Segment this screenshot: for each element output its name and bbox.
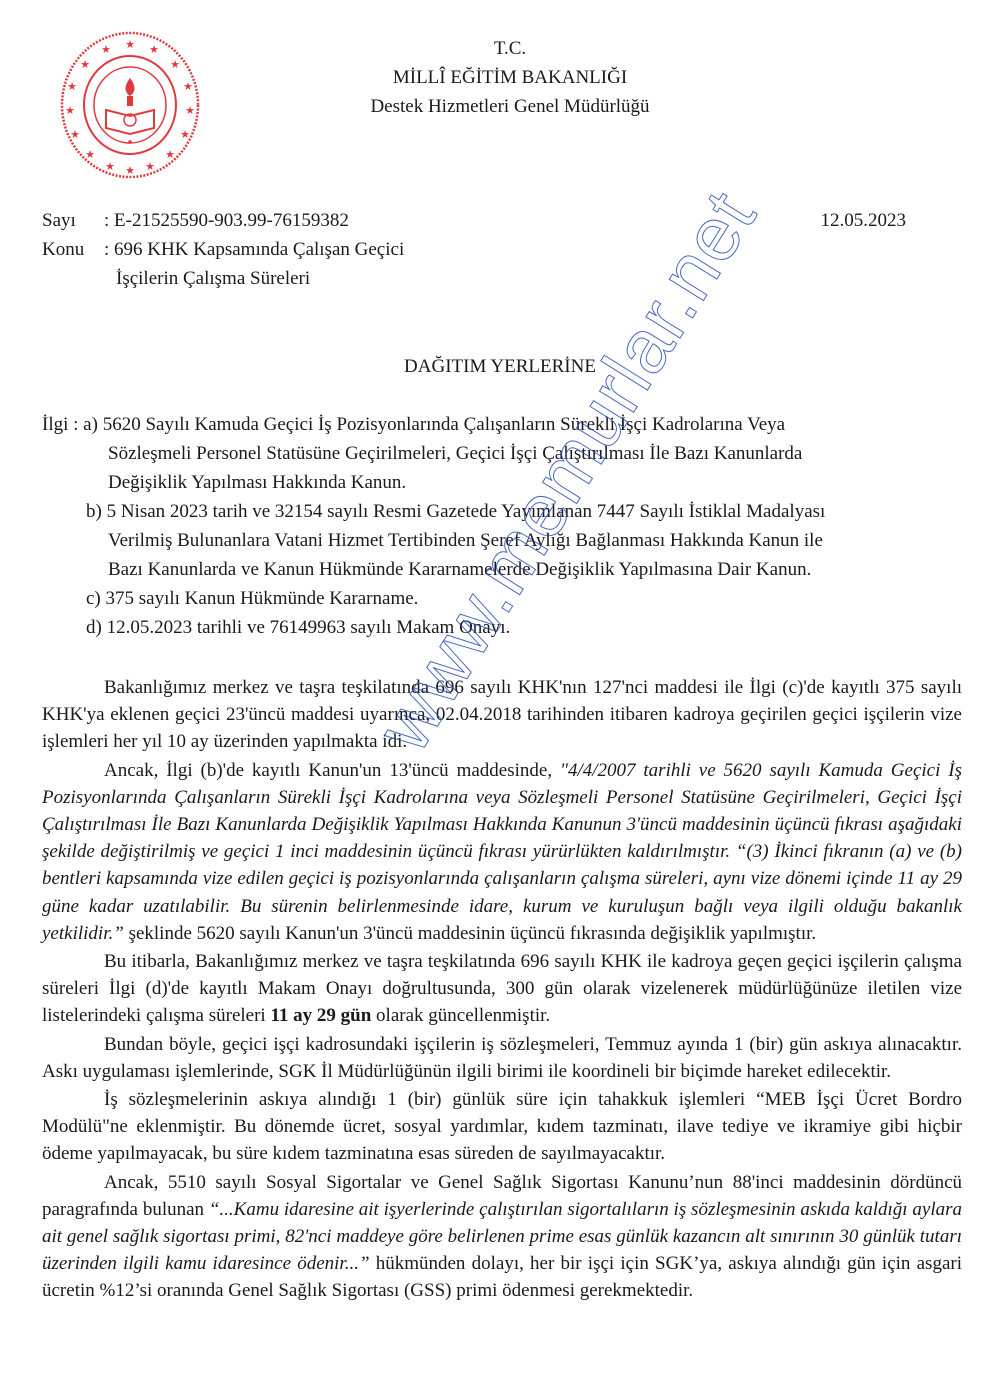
- meb-seal-icon: ★ ★ ★ ★ ★ ★ ★ ★ ★ ★ ★ ★ ★ ★ ★ ★: [58, 30, 202, 180]
- sayi-row: Sayı: E-21525590-903.99-76159382: [42, 206, 349, 235]
- ilgi-marker-a: a): [83, 414, 98, 435]
- ilgi-label: İlgi :: [42, 414, 78, 435]
- sayi-label: Sayı: [42, 206, 104, 235]
- svg-text:★: ★: [145, 161, 155, 173]
- document-date: 12.05.2023: [821, 206, 907, 235]
- paragraph-3: Bu itibarla, Bakanlığımız merkez ve taşr…: [42, 948, 962, 1030]
- ilgi-marker-b: b): [86, 501, 102, 522]
- svg-text:★: ★: [80, 59, 90, 71]
- letterhead-department: Destek Hizmetleri Genel Müdürlüğü: [300, 92, 720, 121]
- ilgi-d-line1: 12.05.2023 tarihli ve 76149963 sayılı Ma…: [107, 617, 511, 638]
- paragraph-6: Ancak, 5510 sayılı Sosyal Sigortalar ve …: [42, 1169, 962, 1305]
- svg-text:★: ★: [70, 129, 80, 141]
- letterhead-ministry: MİLLÎ EĞİTİM BAKANLIĞI: [300, 63, 720, 92]
- konu-label: Konu: [42, 235, 104, 264]
- svg-text:★: ★: [65, 105, 75, 117]
- ilgi-b-line3: Bazı Kanunlarda ve Kanun Hükmünde Kararn…: [86, 555, 962, 584]
- letter-body: Bakanlığımız merkez ve taşra teşkilatınd…: [42, 674, 962, 1305]
- ilgi-c-line1: 375 sayılı Kanun Hükmünde Kararname.: [106, 588, 419, 609]
- konu-value-line2: İşçilerin Çalışma Süreleri: [116, 264, 310, 293]
- ilgi-a-line1: 5620 Sayılı Kamuda Geçici İş Pozisyonlar…: [103, 414, 785, 435]
- ilgi-item-d: d) 12.05.2023 tarihli ve 76149963 sayılı…: [42, 613, 962, 642]
- ilgi-a-line2: Sözleşmeli Personel Statüsüne Geçirilmel…: [42, 439, 962, 468]
- svg-text:★: ★: [125, 39, 135, 51]
- svg-text:★: ★: [67, 81, 77, 93]
- letterhead-tc: T.C.: [300, 34, 720, 63]
- ilgi-marker-d: d): [86, 617, 102, 638]
- paragraph-1: Bakanlığımız merkez ve taşra teşkilatınd…: [42, 674, 962, 756]
- sayi-value: : E-21525590-903.99-76159382: [104, 210, 349, 231]
- konu-value-line1: : 696 KHK Kapsamında Çalışan Geçici: [104, 239, 404, 260]
- ilgi-b-line2: Verilmiş Bulunanlara Vatani Hizmet Terti…: [86, 526, 962, 555]
- ilgi-item-b: b) 5 Nisan 2023 tarih ve 32154 sayılı Re…: [42, 497, 962, 584]
- svg-text:★: ★: [101, 44, 111, 56]
- ilgi-references: İlgi : a) 5620 Sayılı Kamuda Geçici İş P…: [42, 410, 962, 642]
- svg-text:★: ★: [170, 59, 180, 71]
- p2-start: Ancak, İlgi (b)'de kayıtlı Kanun'un 13'ü…: [104, 760, 560, 781]
- addressee: DAĞITIM YERLERİNE: [0, 352, 1000, 381]
- ilgi-a-line3: Değişiklik Yapılması Hakkında Kanun.: [42, 468, 962, 497]
- paragraph-4: Bundan böyle, geçici işçi kadrosundaki i…: [42, 1031, 962, 1085]
- p2-end: şeklinde 5620 sayılı Kanun'un 3'üncü mad…: [124, 923, 816, 944]
- p3-bold-duration: 11 ay 29 gün: [270, 1005, 371, 1026]
- svg-text:★: ★: [149, 44, 159, 56]
- konu-row: Konu: 696 KHK Kapsamında Çalışan Geçici: [42, 235, 404, 264]
- letterhead: T.C. MİLLÎ EĞİTİM BAKANLIĞI Destek Hizme…: [300, 34, 720, 121]
- svg-text:★: ★: [180, 129, 190, 141]
- ilgi-b-line1: 5 Nisan 2023 tarih ve 32154 sayılı Resmi…: [107, 501, 826, 522]
- paragraph-5: İş sözleşmelerinin askıya alındığı 1 (bi…: [42, 1086, 962, 1168]
- ilgi-item-a: İlgi : a) 5620 Sayılı Kamuda Geçici İş P…: [42, 410, 962, 497]
- svg-text:★: ★: [165, 149, 175, 161]
- paragraph-2: Ancak, İlgi (b)'de kayıtlı Kanun'un 13'ü…: [42, 757, 962, 947]
- svg-text:★: ★: [183, 81, 193, 93]
- ilgi-marker-c: c): [86, 588, 101, 609]
- svg-text:★: ★: [105, 161, 115, 173]
- ilgi-item-c: c) 375 sayılı Kanun Hükmünde Kararname.: [42, 584, 962, 613]
- p3-end: olarak güncellenmiştir.: [371, 1005, 550, 1026]
- svg-text:★: ★: [85, 149, 95, 161]
- svg-text:★: ★: [185, 105, 195, 117]
- svg-text:★: ★: [125, 165, 135, 177]
- p2-quote: "4/4/2007 tarihli ve 5620 sayılı Kamuda …: [42, 760, 962, 944]
